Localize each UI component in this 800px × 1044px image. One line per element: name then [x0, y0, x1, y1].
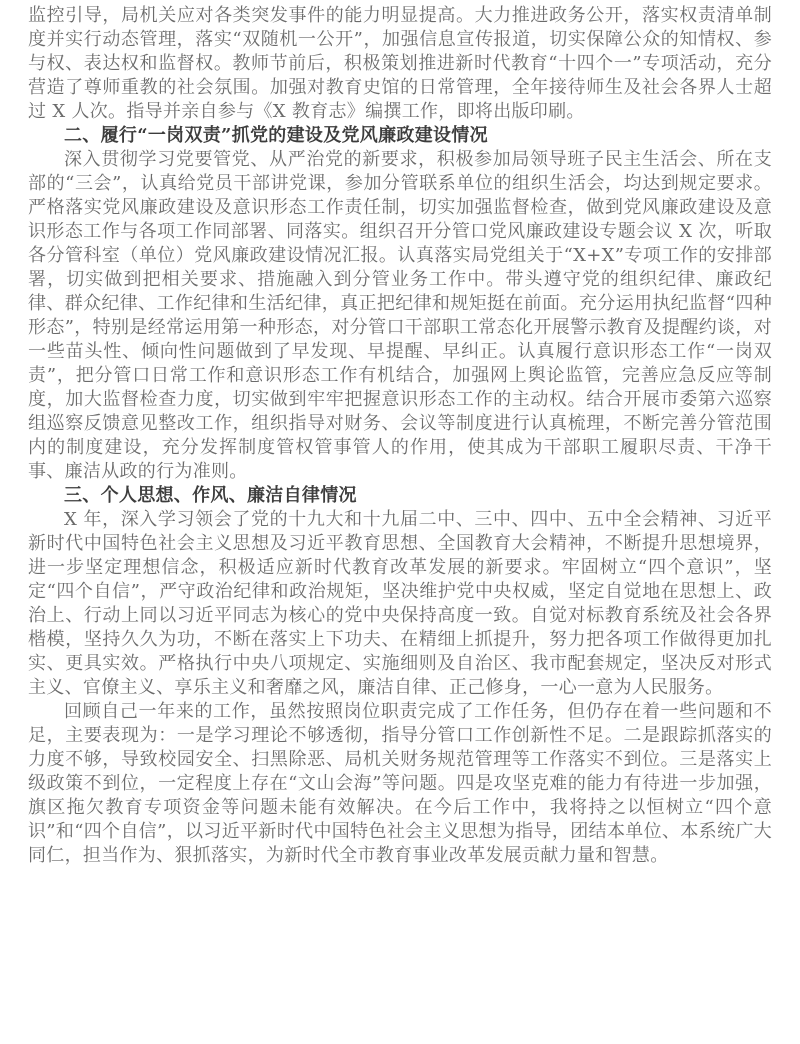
paragraph-self-review-and-outlook: 回顾自己一年来的工作，虽然按照岗位职责完成了工作任务，但仍存在着一些问题和不足，… [28, 700, 772, 868]
document-page: 监控引导，局机关应对各类突发事件的能力明显提高。大力推进政务公开，落实权责清单制… [0, 0, 800, 1044]
section-heading-duty-party-building: 二、履行“一岗双责”抓党的建设及党风廉政建设情况 [28, 124, 772, 148]
section-heading-personal-conduct: 三、个人思想、作风、廉洁自律情况 [28, 484, 772, 508]
paragraph-continuation: 监控引导，局机关应对各类突发事件的能力明显提高。大力推进政务公开，落实权责清单制… [28, 4, 772, 124]
paragraph-party-building-details: 深入贯彻学习党要管党、从严治党的新要求，积极参加局领导班子民主生活会、所在支部的… [28, 148, 772, 484]
paragraph-ideology-study: X 年，深入学习领会了党的十九大和十九届二中、三中、四中、五中全会精神、习近平新… [28, 508, 772, 700]
